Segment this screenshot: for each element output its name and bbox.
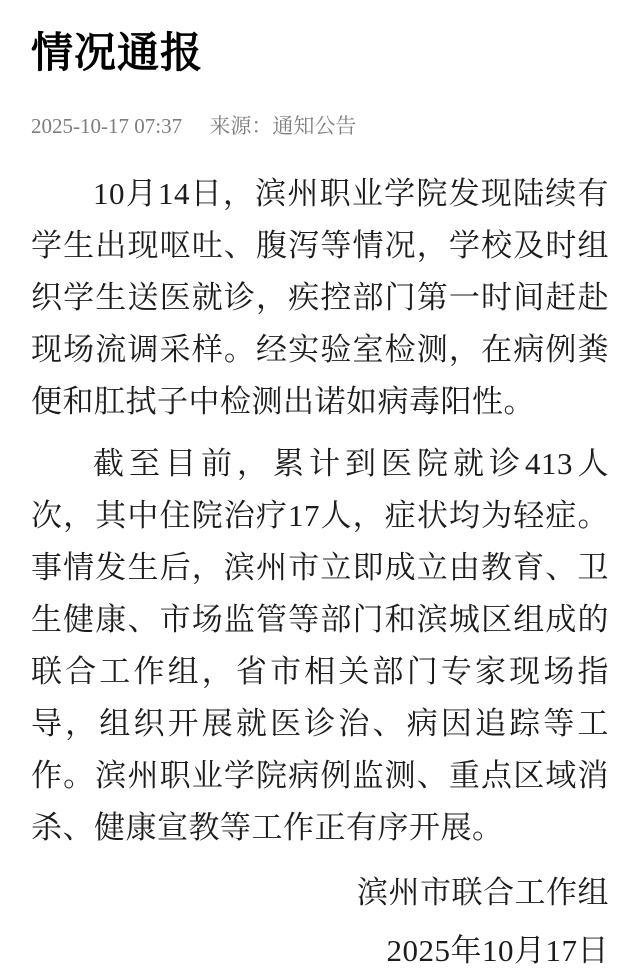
page-title: 情况通报: [31, 28, 609, 78]
notice-page: 情况通报 2025-10-17 07:37 来源：通知公告 10月14日，滨州职…: [0, 0, 640, 976]
paragraph-incident: 10月14日，滨州职业学院发现陆续有学生出现呕吐、腹泻等情况，学校及时组织学生送…: [31, 168, 609, 428]
source-label: 来源：: [209, 114, 272, 138]
publish-datetime: 2025-10-17 07:37: [31, 114, 182, 138]
signature-date: 2025年10月17日: [31, 922, 609, 976]
paragraph-response: 截至目前，累计到医院就诊413人次，其中住院治疗17人，症状均为轻症。事情发生后…: [31, 438, 609, 854]
source-info: 来源：通知公告: [209, 114, 356, 138]
article-body: 10月14日，滨州职业学院发现陆续有学生出现呕吐、腹泻等情况，学校及时组织学生送…: [31, 168, 609, 976]
source-value: 通知公告: [272, 114, 356, 138]
signature-block: 滨州市联合工作组 2025年10月17日: [31, 864, 609, 976]
meta-line: 2025-10-17 07:37 来源：通知公告: [31, 110, 609, 140]
signature-org: 滨州市联合工作组: [31, 864, 609, 922]
